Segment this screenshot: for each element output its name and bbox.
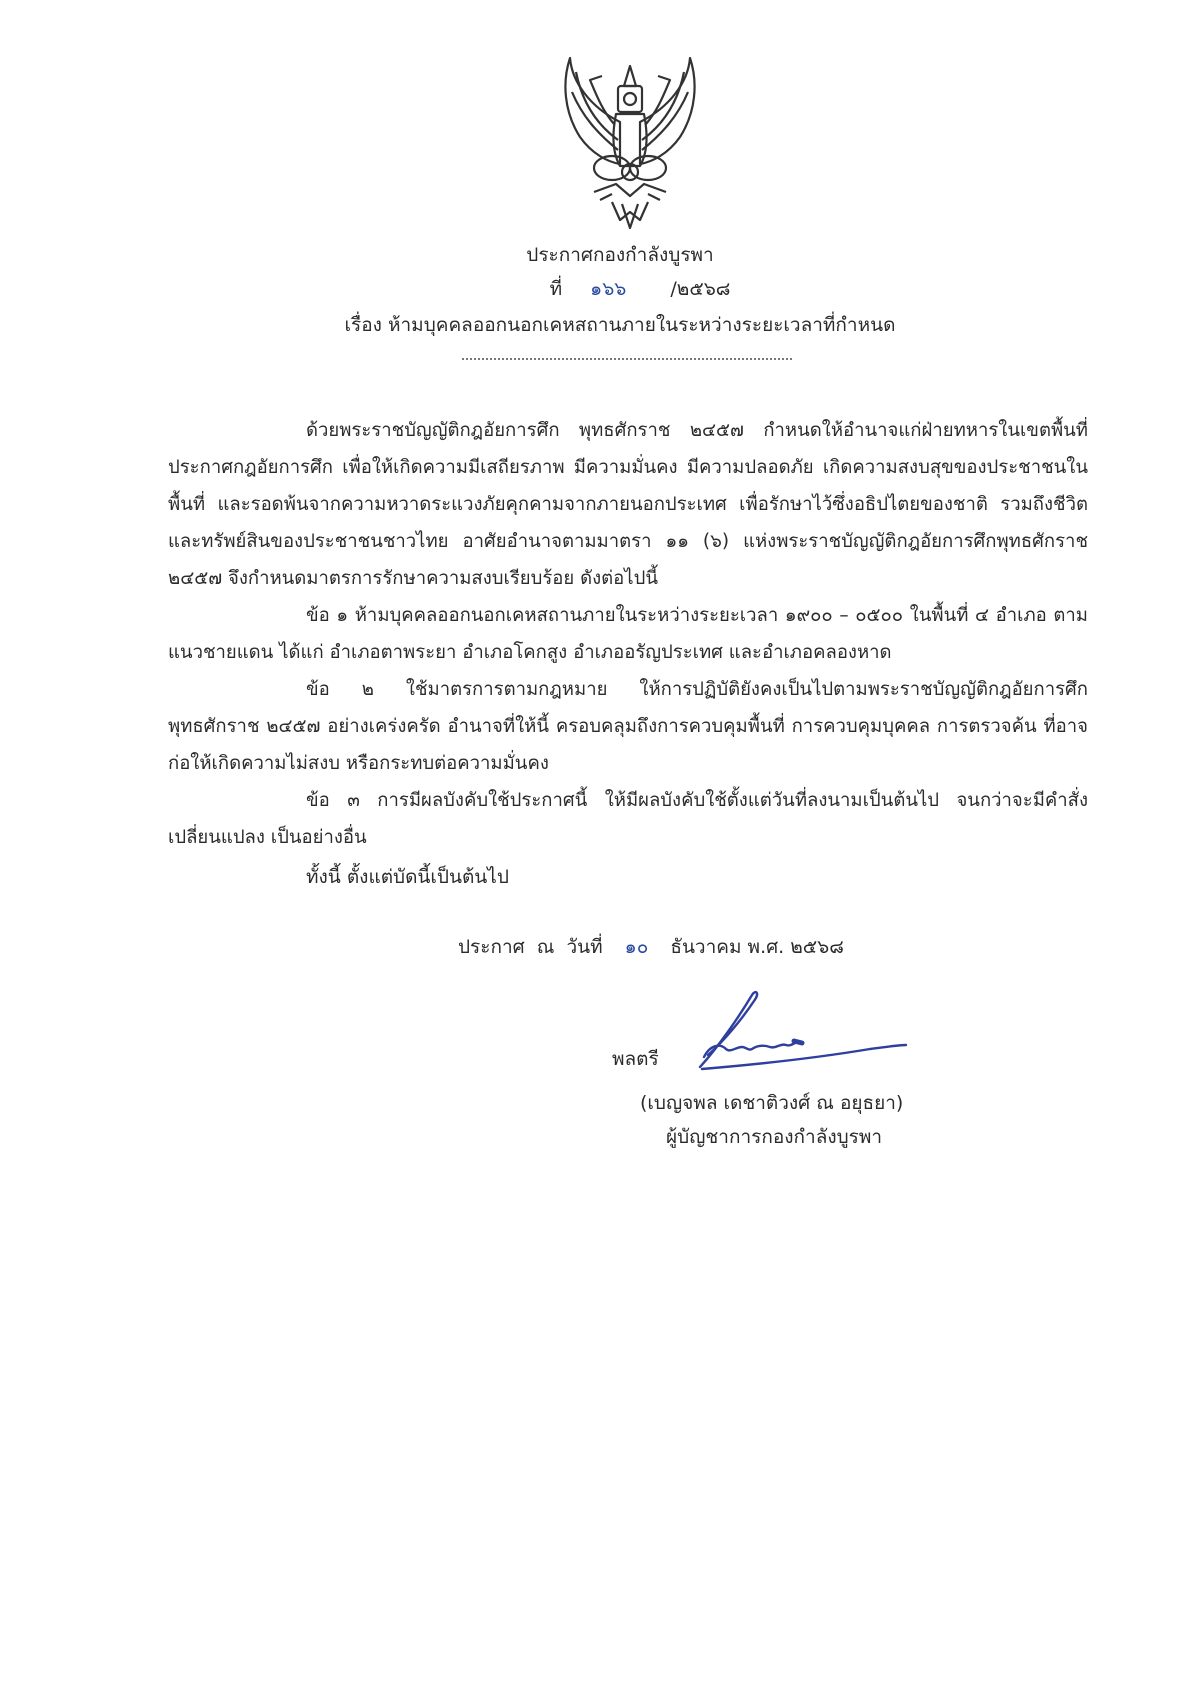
preamble-paragraph: ด้วยพระราชบัญญัติกฎอัยการศึก พุทธศักราช … xyxy=(168,412,1088,597)
number-value: ๑๖๖ xyxy=(590,278,626,300)
announcement-subject: เรื่อง ห้ามบุคคลออกนอกเคหสถานภายในระหว่า… xyxy=(20,310,1200,340)
dotted-divider xyxy=(462,358,792,360)
signer-title: ผู้บัญชาการกองกำลังบูรพา xyxy=(666,1122,882,1152)
announcement-number: ที่ ๑๖๖ /๒๕๖๘ xyxy=(40,274,1200,304)
signature-icon xyxy=(690,985,910,1075)
garuda-emblem-icon xyxy=(550,52,710,232)
document-page: ประกาศกองกำลังบูรพา ที่ ๑๖๖ /๒๕๖๘ เรื่อง… xyxy=(0,0,1200,1697)
number-prefix: ที่ xyxy=(550,278,563,300)
date-prefix: ประกาศ ณ วันที่ xyxy=(458,936,603,958)
clause-1: ข้อ ๑ ห้ามบุคคลออกนอกเคหสถานภายในระหว่าง… xyxy=(168,597,1088,671)
announcement-title: ประกาศกองกำลังบูรพา xyxy=(20,240,1200,270)
closing-statement: ทั้งนี้ ตั้งแต่บัดนี้เป็นต้นไป xyxy=(306,862,509,892)
announcement-date: ประกาศ ณ วันที่๑๐ธันวาคม พ.ศ. ๒๕๖๘ xyxy=(458,932,844,962)
date-day: ๑๐ xyxy=(625,936,649,958)
announcement-body: ด้วยพระราชบัญญัติกฎอัยการศึก พุทธศักราช … xyxy=(168,412,1088,856)
signer-name: (เบญจพล เดชาติวงศ์ ณ อยุธยา) xyxy=(640,1088,903,1118)
clause-3: ข้อ ๓ การมีผลบังคับใช้ประกาศนี้ ให้มีผลบ… xyxy=(168,782,1088,856)
signer-rank: พลตรี xyxy=(612,1044,659,1074)
clause-2: ข้อ ๒ ใช้มาตรการตามกฎหมาย ให้การปฏิบัติย… xyxy=(168,671,1088,782)
number-year: /๒๕๖๘ xyxy=(670,278,730,300)
date-month-year: ธันวาคม พ.ศ. ๒๕๖๘ xyxy=(670,936,844,958)
